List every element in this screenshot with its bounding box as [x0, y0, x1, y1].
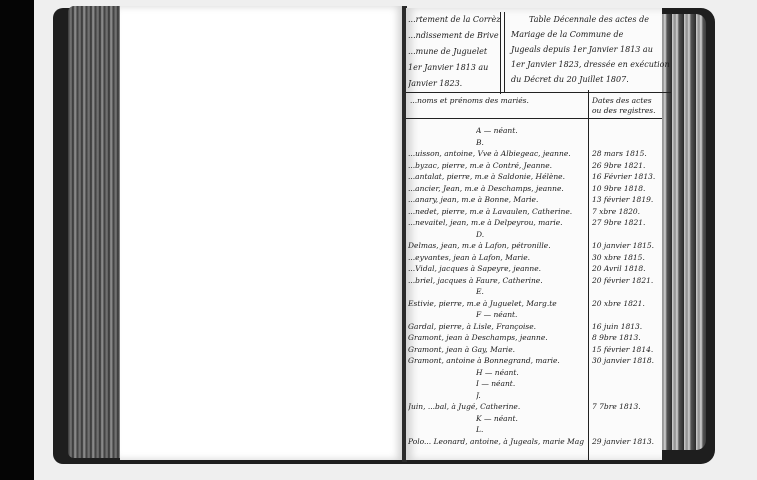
scanner-edge	[0, 0, 34, 480]
list-item: ...briel, jacques à Faure, Catherine.20 …	[406, 276, 662, 288]
left-page-blank	[120, 6, 404, 460]
list-item: ...antalat, pierre, m.e à Saldonie, Hélè…	[406, 172, 662, 184]
list-item: Gramont, jean à Gay, Marie.15 février 18…	[406, 345, 662, 357]
list-item: ...nedet, pierre, m.e à Lavaulen, Cather…	[406, 207, 662, 219]
list-item: I — néant.	[406, 379, 662, 391]
header-line: ...rtement de la Corrèze	[408, 12, 500, 28]
list-item: Gramont, antoine à Bonnegrand, marie.30 …	[406, 356, 662, 368]
list-item: ...uisson, antoine, Vve à Albiegeac, jea…	[406, 149, 662, 161]
divider	[406, 118, 662, 119]
list-item: ...byzac, pierre, m.e à Contré, Jeanne.2…	[406, 161, 662, 173]
list-item: Juin, ...bal, à Jugé, Catherine.7 7bre 1…	[406, 402, 662, 414]
title-line: 1er Janvier 1823, dressée en exécution	[505, 57, 671, 72]
divider	[406, 92, 662, 93]
list-item: ...eyvantes, jean à Lafon, Marie.30 xbre…	[406, 253, 662, 265]
title-line: du Décret du 20 Juillet 1807.	[505, 72, 671, 87]
list-item: H — néant.	[406, 368, 662, 380]
list-item: D.	[406, 230, 662, 242]
list-item: F — néant.	[406, 310, 662, 322]
column-header-names: ...noms et prénoms des mariés.	[410, 96, 529, 105]
title-line: Jugeals depuis 1er Janvier 1813 au	[505, 42, 671, 57]
header-line: Janvier 1823.	[408, 76, 500, 92]
header-line: ...ndissement de Brive	[408, 28, 500, 44]
list-item: E.	[406, 287, 662, 299]
right-page: ...rtement de la Corrèze ...ndissement d…	[406, 8, 662, 460]
list-item: K — néant.	[406, 414, 662, 426]
header-location: ...rtement de la Corrèze ...ndissement d…	[408, 12, 501, 94]
list-item: Gramont, jean à Deschamps, jeanne.8 9bre…	[406, 333, 662, 345]
list-item: Estivie, pierre, m.e à Juguelet, Marg.te…	[406, 299, 662, 311]
list-item: Gardal, pierre, à Lisle, Françoise.16 ju…	[406, 322, 662, 334]
header-title: Table Décennale des actes de Mariage de …	[504, 12, 671, 93]
list-item: Polo... Leonard, antoine, à Jugeals, mar…	[406, 437, 662, 449]
list-item: A — néant.	[406, 126, 662, 138]
list-item: L.	[406, 425, 662, 437]
list-item: ...nevaitel, jean, m.e à Delpeyrou, mari…	[406, 218, 662, 230]
list-item: B.	[406, 138, 662, 150]
header-line: ...mune de Juguelet	[408, 44, 500, 60]
list-item: J.	[406, 391, 662, 403]
title-line: Mariage de la Commune de	[505, 27, 671, 42]
list-item: Delmas, jean, m.e à Lafon, pétronille.10…	[406, 241, 662, 253]
list-item: ...anary, jean, m.e à Bonne, Marie.13 fé…	[406, 195, 662, 207]
list-item: ...ancier, Jean, m.e à Deschamps, jeanne…	[406, 184, 662, 196]
list-item: ...Vidal, jacques à Sapeyre, jeanne.20 A…	[406, 264, 662, 276]
header-line: 1er Janvier 1813 au	[408, 60, 500, 76]
entries-list: A — néant. B. ...uisson, antoine, Vve à …	[406, 126, 662, 448]
column-header-dates: Dates des actes ou des registres.	[592, 96, 660, 116]
title-line: Table Décennale des actes de	[505, 12, 671, 27]
